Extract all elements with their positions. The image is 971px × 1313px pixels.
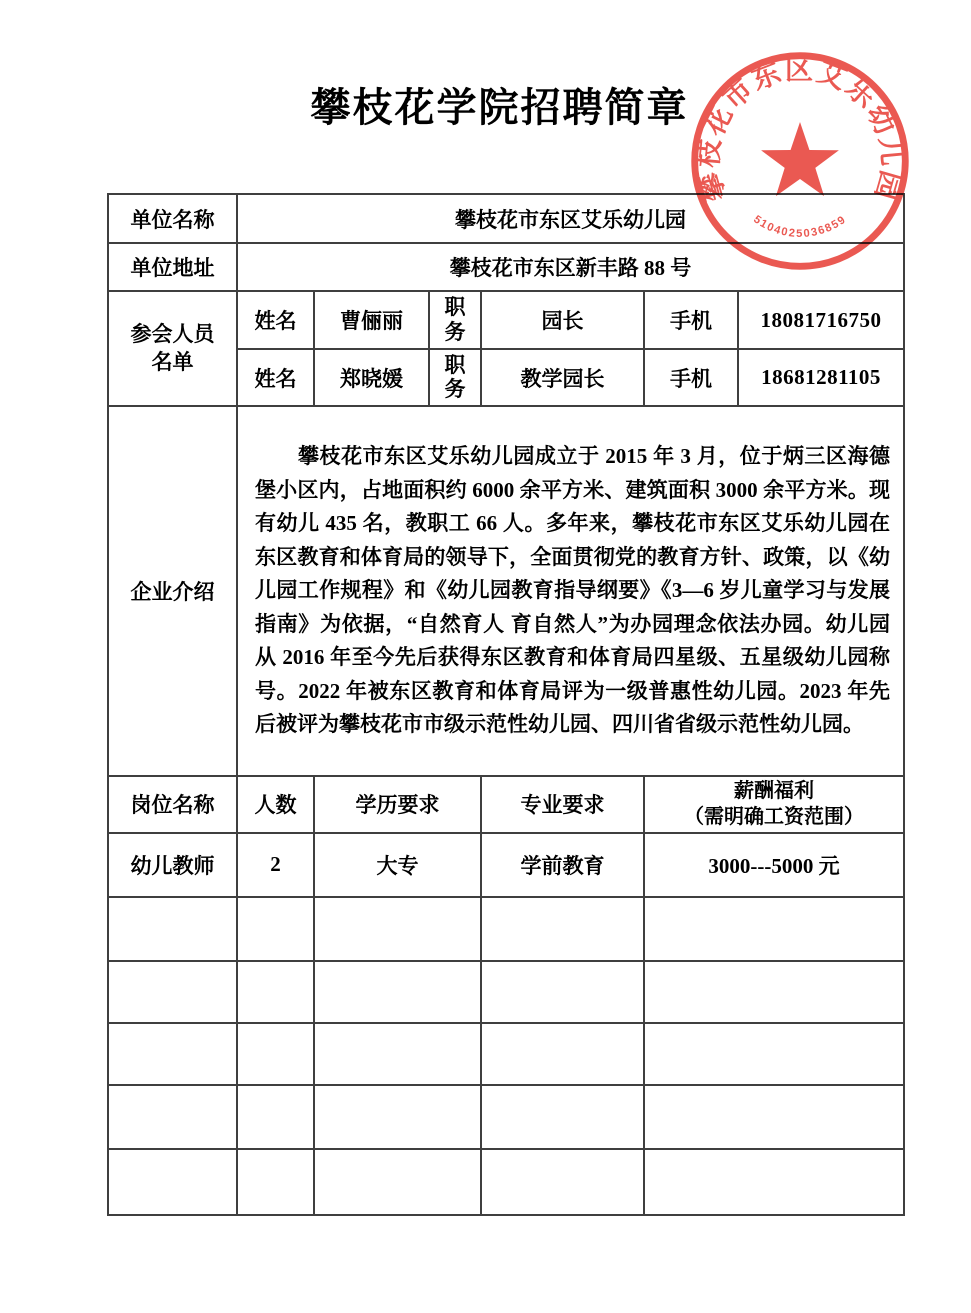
empty-cell <box>237 1149 314 1215</box>
attendee-name: 曹俪丽 <box>314 291 429 349</box>
empty-cell <box>108 961 237 1023</box>
position-major: 学前教育 <box>481 833 644 897</box>
empty-cell <box>314 897 481 961</box>
empty-position-row <box>108 1085 904 1149</box>
company-intro-text: 攀枝花市东区艾乐幼儿园成立于 2015 年 3 月，位于炳三区海德堡小区内，占地… <box>240 440 901 742</box>
empty-position-row <box>108 961 904 1023</box>
position-education: 大专 <box>314 833 481 897</box>
empty-cell <box>108 897 237 961</box>
company-intro-label: 企业介绍 <box>108 406 237 776</box>
attendees-label-line1: 参会人员 <box>111 321 234 349</box>
education-header: 学历要求 <box>314 776 481 833</box>
star-icon <box>761 122 839 196</box>
phone-label: 手机 <box>644 349 738 406</box>
document-page: { "doc": { "title": "攀枝花学院招聘简章" }, "stam… <box>0 0 971 1313</box>
empty-cell <box>314 961 481 1023</box>
empty-cell <box>108 1085 237 1149</box>
unit-name-label: 单位名称 <box>108 194 237 243</box>
empty-cell <box>644 1085 904 1149</box>
attendee-row-1: 参会人员 名单 姓名 曹俪丽 职务 园长 手机 18081716750 <box>108 291 904 349</box>
position-name: 幼儿教师 <box>108 833 237 897</box>
empty-cell <box>237 961 314 1023</box>
empty-cell <box>237 1085 314 1149</box>
salary-header-line2: （需明确工资范围） <box>647 804 901 830</box>
position-salary: 3000---5000 元 <box>644 833 904 897</box>
empty-cell <box>644 1149 904 1215</box>
unit-name-value: 攀枝花市东区艾乐幼儿园 <box>237 194 904 243</box>
attendee-name: 郑晓媛 <box>314 349 429 406</box>
recruitment-info-table: 单位名称 攀枝花市东区艾乐幼儿园 单位地址 攀枝花市东区新丰路 88 号 参会人… <box>107 193 905 1216</box>
empty-cell <box>481 1023 644 1085</box>
empty-cell <box>237 1023 314 1085</box>
company-intro-cell: 攀枝花市东区艾乐幼儿园成立于 2015 年 3 月，位于炳三区海德堡小区内，占地… <box>237 406 904 776</box>
company-intro-row: 企业介绍 攀枝花市东区艾乐幼儿园成立于 2015 年 3 月，位于炳三区海德堡小… <box>108 406 904 776</box>
empty-cell <box>644 961 904 1023</box>
empty-cell <box>644 897 904 961</box>
major-header: 专业要求 <box>481 776 644 833</box>
salary-header-line1: 薪酬福利 <box>647 778 901 804</box>
empty-cell <box>644 1023 904 1085</box>
empty-cell <box>481 1149 644 1215</box>
unit-address-label: 单位地址 <box>108 243 237 291</box>
name-label: 姓名 <box>237 349 314 406</box>
empty-cell <box>314 1085 481 1149</box>
headcount-header: 人数 <box>237 776 314 833</box>
title-label: 职务 <box>429 291 481 349</box>
empty-cell <box>481 897 644 961</box>
attendee-phone: 18681281105 <box>738 349 904 406</box>
unit-name-row: 单位名称 攀枝花市东区艾乐幼儿园 <box>108 194 904 243</box>
empty-position-row <box>108 897 904 961</box>
name-label: 姓名 <box>237 291 314 349</box>
page-title: 攀枝花学院招聘简章 <box>0 76 971 133</box>
empty-position-row <box>108 1023 904 1085</box>
attendee-title: 教学园长 <box>481 349 644 406</box>
unit-address-row: 单位地址 攀枝花市东区新丰路 88 号 <box>108 243 904 291</box>
empty-cell <box>481 961 644 1023</box>
empty-cell <box>237 897 314 961</box>
empty-cell <box>314 1023 481 1085</box>
title-label: 职务 <box>429 349 481 406</box>
empty-cell <box>108 1023 237 1085</box>
attendees-label-line2: 名单 <box>111 349 234 377</box>
position-name-header: 岗位名称 <box>108 776 237 833</box>
phone-label: 手机 <box>644 291 738 349</box>
position-row: 幼儿教师 2 大专 学前教育 3000---5000 元 <box>108 833 904 897</box>
positions-header-row: 岗位名称 人数 学历要求 专业要求 薪酬福利 （需明确工资范围） <box>108 776 904 833</box>
empty-cell <box>108 1149 237 1215</box>
position-count: 2 <box>237 833 314 897</box>
salary-header: 薪酬福利 （需明确工资范围） <box>644 776 904 833</box>
attendee-phone: 18081716750 <box>738 291 904 349</box>
attendees-label: 参会人员 名单 <box>108 291 237 406</box>
unit-address-value: 攀枝花市东区新丰路 88 号 <box>237 243 904 291</box>
empty-position-row <box>108 1149 904 1215</box>
empty-cell <box>314 1149 481 1215</box>
attendee-title: 园长 <box>481 291 644 349</box>
empty-cell <box>481 1085 644 1149</box>
